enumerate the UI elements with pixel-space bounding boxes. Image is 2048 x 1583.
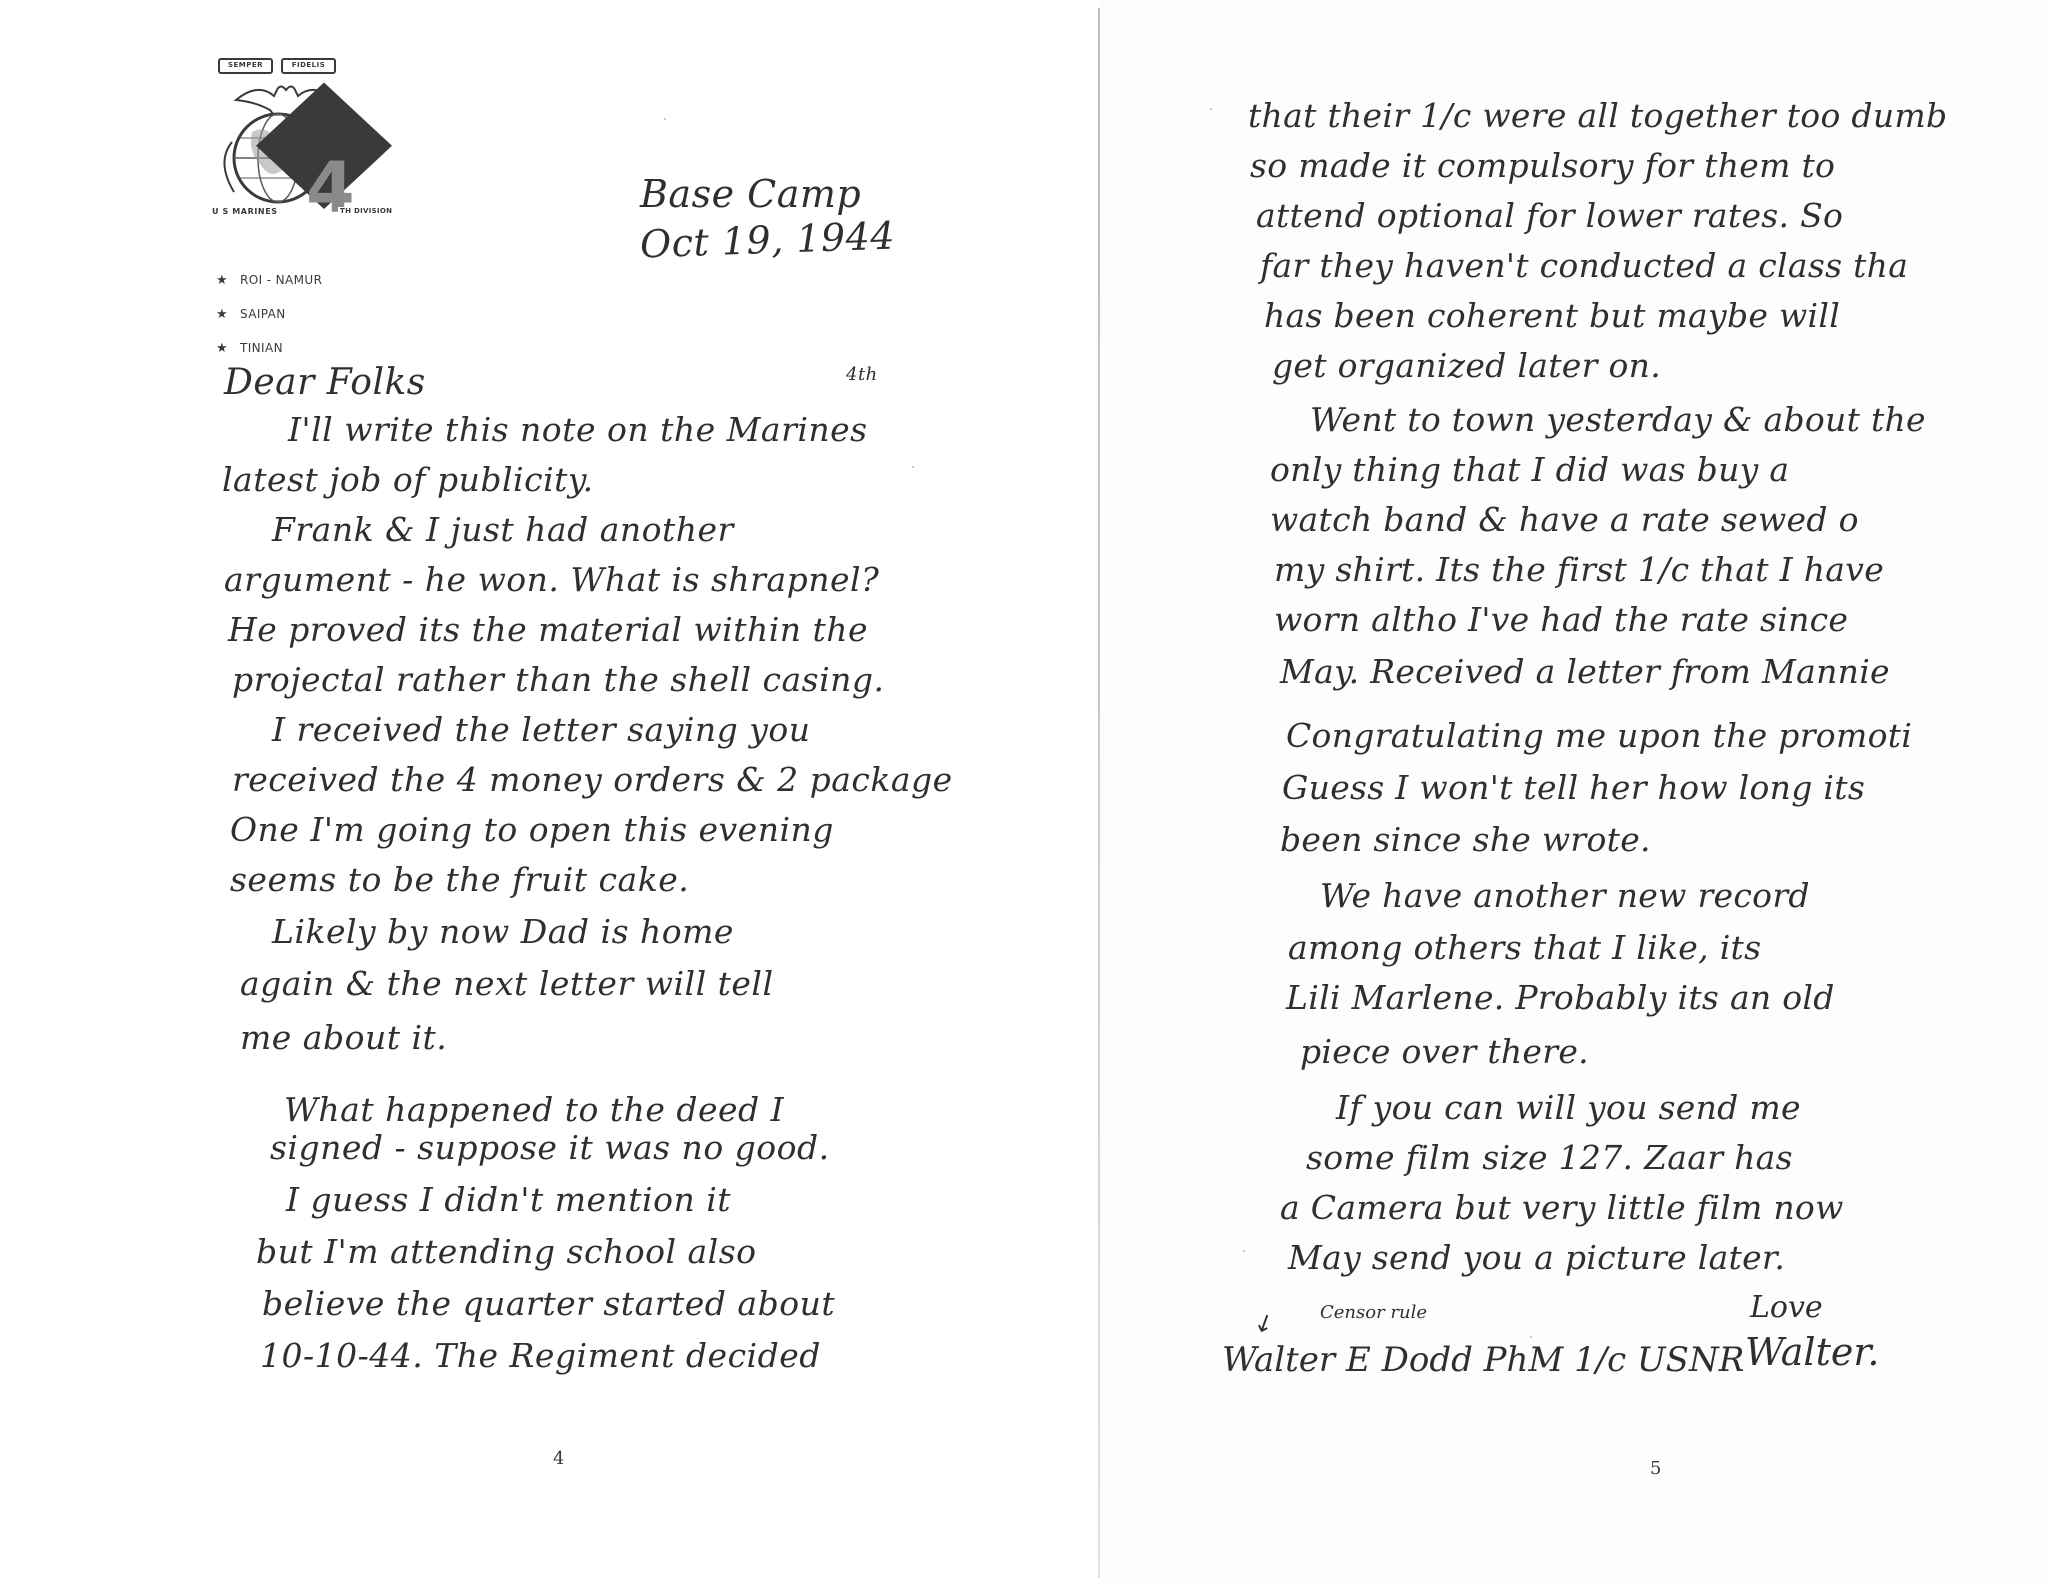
text-line: latest job of publicity.	[222, 460, 594, 499]
page-number: 4	[553, 1448, 564, 1469]
text-line: watch band & have a rate sewed o	[1270, 500, 1859, 539]
star-icon: ★	[216, 307, 240, 322]
text-line: May send you a picture later.	[1288, 1238, 1785, 1277]
letter-date: Oct 19, 1944	[639, 214, 895, 267]
text-line: has been coherent but maybe will	[1264, 296, 1840, 335]
text-line: I'll write this note on the Marines	[288, 410, 868, 449]
text-line: He proved its the material within the	[228, 610, 868, 649]
eagle-globe-anchor-icon: 4	[196, 52, 436, 252]
text-line: We have another new record	[1320, 876, 1810, 915]
text-line: far they haven't conducted a class tha	[1260, 246, 1908, 285]
text-line: Frank & I just had another	[272, 510, 734, 549]
text-line: received the 4 money orders & 2 package	[232, 760, 953, 799]
letter-place: Base Camp	[640, 172, 861, 216]
text-line: I received the letter saying you	[272, 710, 811, 749]
text-line: seems to be the fruit cake.	[230, 860, 689, 899]
scan-speck	[1210, 108, 1212, 110]
battle-list: ★ ROI - NAMUR ★ SAIPAN ★ TINIAN	[216, 263, 322, 365]
superscript-annotation: 4th	[846, 364, 878, 385]
text-line: a Camera but very little film now	[1280, 1188, 1844, 1227]
text-line: May. Received a letter from Mannie	[1280, 652, 1890, 691]
motto-left: SEMPER	[218, 58, 273, 74]
text-line: my shirt. Its the first 1/c that I have	[1274, 550, 1884, 589]
text-line: Guess I won't tell her how long its	[1282, 768, 1865, 807]
text-line: What happened to the deed I	[284, 1090, 784, 1129]
text-line: If you can will you send me	[1336, 1088, 1801, 1127]
letter-spread: 4 SEMPER FIDELIS U S MARINES TH DIVISION…	[0, 0, 2048, 1583]
text-line: that their 1/c were all together too dum…	[1248, 96, 1947, 135]
text-line: piece over there.	[1300, 1032, 1589, 1071]
text-line: signed - suppose it was no good.	[270, 1128, 830, 1167]
signature: Walter.	[1745, 1330, 1879, 1374]
scan-speck	[1243, 1250, 1245, 1252]
text-line: get organized later on.	[1272, 346, 1661, 385]
text-line: I guess I didn't mention it	[286, 1180, 731, 1219]
text-line: me about it.	[240, 1018, 447, 1057]
text-line: Lili Marlene. Probably its an old	[1286, 978, 1835, 1017]
text-line: Went to town yesterday & about the	[1310, 400, 1926, 439]
text-line: projectal rather than the shell casing.	[232, 660, 885, 699]
scan-speck	[912, 466, 914, 468]
star-icon: ★	[216, 341, 240, 356]
text-line: One I'm going to open this evening	[230, 810, 834, 849]
text-line: among others that I like, its	[1288, 928, 1761, 967]
letterhead-caption-left: U S MARINES	[210, 207, 280, 216]
censor-annotation: Censor rule	[1320, 1302, 1427, 1323]
battle-item: ★ TINIAN	[216, 331, 322, 365]
text-line: worn altho I've had the rate since	[1274, 600, 1848, 639]
salutation: Dear Folks	[224, 362, 426, 403]
battle-item: ★ ROI - NAMUR	[216, 263, 322, 297]
letterhead-caption-right: TH DIVISION	[338, 207, 394, 215]
text-line: only thing that I did was buy a	[1270, 450, 1789, 489]
text-line: believe the quarter started about	[262, 1284, 835, 1323]
text-line: again & the next letter will tell	[240, 964, 774, 1003]
motto-right: FIDELIS	[281, 58, 336, 74]
motto-banner: SEMPER FIDELIS	[218, 58, 336, 74]
text-line: so made it compulsory for them to	[1250, 146, 1835, 185]
sender-block: Walter E Dodd PhM 1/c USNR	[1222, 1340, 1744, 1380]
battle-item: ★ SAIPAN	[216, 297, 322, 331]
text-line: 10-10-44. The Regiment decided	[260, 1336, 821, 1375]
text-line: Likely by now Dad is home	[272, 912, 734, 951]
text-line: some film size 127. Zaar has	[1306, 1138, 1793, 1177]
text-line: attend optional for lower rates. So	[1256, 196, 1843, 235]
text-line: argument - he won. What is shrapnel?	[224, 560, 879, 599]
scan-speck	[664, 118, 666, 120]
text-line: Congratulating me upon the promoti	[1286, 716, 1912, 755]
scan-speck	[1530, 1336, 1532, 1338]
closing: Love	[1750, 1290, 1823, 1325]
page-number: 5	[1650, 1458, 1661, 1479]
text-line: been since she wrote.	[1280, 820, 1651, 859]
letterhead: 4 SEMPER FIDELIS U S MARINES TH DIVISION	[196, 52, 436, 272]
svg-text:4: 4	[306, 147, 355, 229]
text-line: but I'm attending school also	[256, 1232, 757, 1271]
left-page: 4 SEMPER FIDELIS U S MARINES TH DIVISION…	[0, 0, 1098, 1583]
star-icon: ★	[216, 273, 240, 288]
